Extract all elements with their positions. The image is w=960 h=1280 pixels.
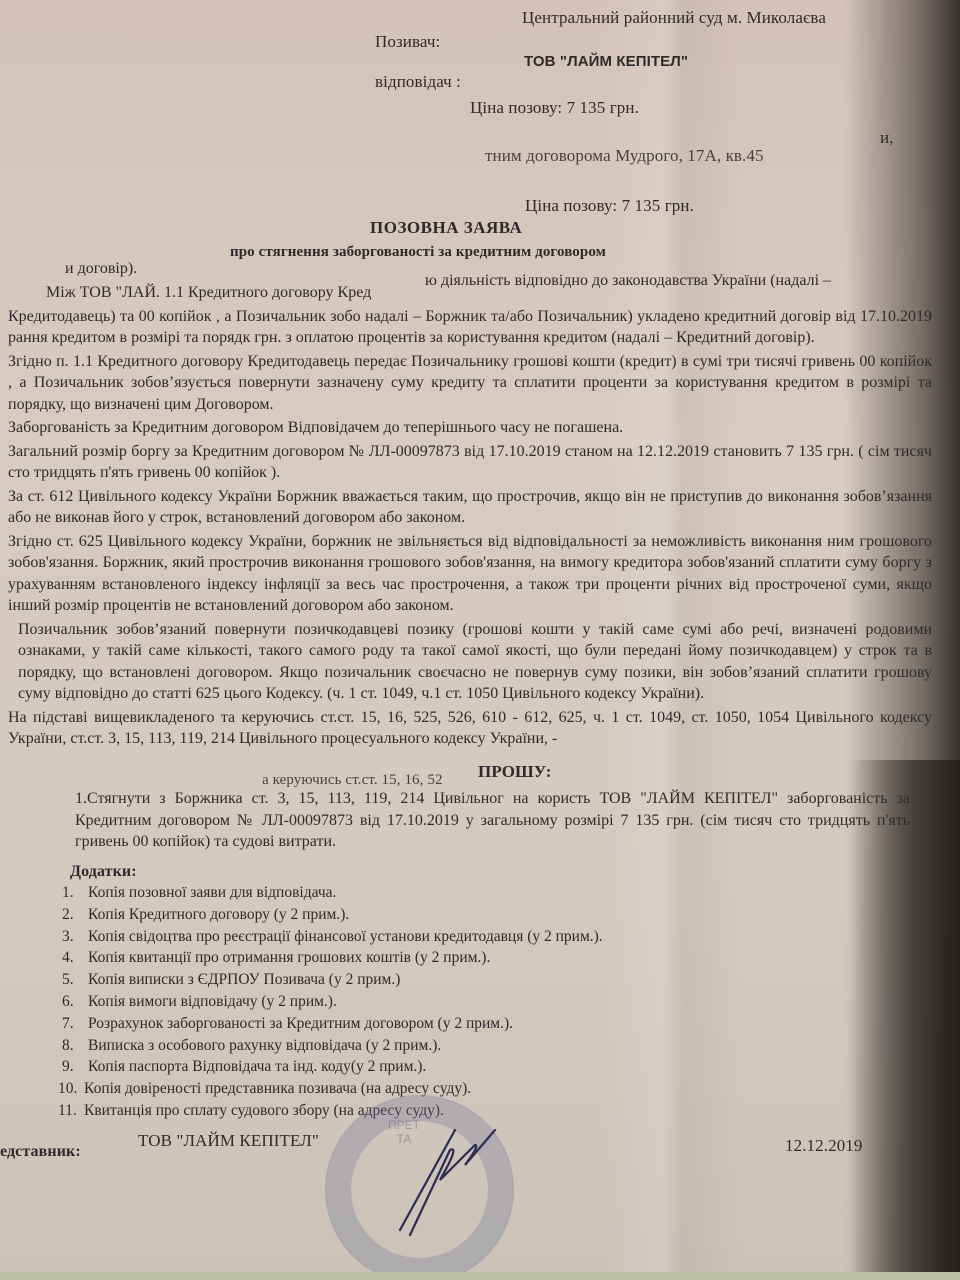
- attachment-item: 5.Копія виписки з ЄДРПОУ Позивача (у 2 п…: [62, 969, 603, 991]
- attachment-number: 4.: [62, 947, 88, 969]
- signature-icon: [380, 1110, 500, 1240]
- attachment-number: 8.: [62, 1035, 88, 1057]
- attachment-item: 1.Копія позовної заяви для відповідача.: [62, 882, 603, 904]
- attachment-number: 5.: [62, 969, 88, 991]
- representative-company: ТОВ "ЛАЙМ КЕПІТЕЛ": [138, 1131, 319, 1151]
- attachment-item: 4.Копія квитанції про отримання грошових…: [62, 947, 603, 969]
- attachment-number: 10.: [58, 1078, 84, 1100]
- attachment-text: Копія позовної заяви для відповідача.: [88, 884, 336, 901]
- court-name: Центральний районний суд м. Миколаєва: [522, 8, 826, 28]
- representative-label: едставник:: [0, 1142, 81, 1162]
- attachment-text: Копія квитанції про отримання грошових к…: [88, 949, 490, 966]
- attachment-number: 11.: [58, 1100, 84, 1122]
- paragraph: Загальний розмір боргу за Кредитним дого…: [8, 441, 932, 484]
- claim-price-repeat: Ціна позову: 7 135 грн.: [525, 196, 694, 216]
- signature-date: 12.12.2019: [785, 1136, 863, 1156]
- address-fragment: тним договоромa Мудрого, 17А, кв.45: [485, 146, 764, 166]
- plaintiff-label: Позивач:: [375, 32, 440, 52]
- attachment-text: Копія виписки з ЄДРПОУ Позивача (у 2 при…: [88, 971, 400, 988]
- document-subtitle: про стягнення заборгованості за кредитни…: [230, 242, 606, 262]
- attachment-number: 2.: [62, 904, 88, 926]
- attachment-item: 11.Квитанція про сплату судового збору (…: [58, 1100, 603, 1122]
- prayer-section: 1.Стягнути з Боржника ст. 3, 15, 113, 11…: [75, 788, 910, 853]
- attachment-item: 10.Копія довіреності представника позива…: [58, 1078, 603, 1100]
- paragraph: На підставі вищевикладеного та керуючись…: [8, 707, 932, 750]
- paragraph: За ст. 612 Цивільного кодексу України Бо…: [8, 486, 932, 529]
- attachment-text: Виписка з особового рахунку відповідача …: [88, 1037, 441, 1054]
- attachment-item: 7.Розрахунок заборгованості за Кредитним…: [62, 1013, 603, 1035]
- defendant-label: відповідач :: [375, 72, 461, 92]
- attachment-text: Копія вимоги відповідачу (у 2 прим.).: [88, 993, 337, 1010]
- attachment-item: 6.Копія вимоги відповідачу (у 2 прим.).: [62, 991, 603, 1013]
- attachment-number: 9.: [62, 1056, 88, 1078]
- attachments-list: 1.Копія позовної заяви для відповідача.2…: [60, 882, 603, 1122]
- ghost-text: а керуючись ст.ст. 15, 16, 52: [262, 770, 443, 790]
- attachment-number: 3.: [62, 926, 88, 948]
- paragraph: Позичальник зобов’язаний повернути позич…: [8, 619, 932, 705]
- attachments-title: Додатки:: [70, 862, 137, 882]
- paragraph: Кредитодавець) та 00 копійок , а Позичал…: [8, 306, 932, 349]
- claim-price: Ціна позову: 7 135 грн.: [470, 98, 639, 118]
- attachment-number: 6.: [62, 991, 88, 1013]
- attachment-item: 9.Копія паспорта Відповідача та інд. код…: [62, 1056, 603, 1078]
- paragraph: Згідно ст. 625 Цивільного кодексу Україн…: [8, 531, 932, 617]
- photo-bottom-edge: [0, 1272, 960, 1280]
- document-title: ПОЗОВНА ЗАЯВА: [370, 218, 522, 238]
- prayer-item: 1.Стягнути з Боржника ст. 3, 15, 113, 11…: [75, 788, 910, 853]
- document-body: Між ТОВ "ЛАЙ. 1.1 Кредитного договору Кр…: [8, 282, 932, 752]
- attachment-text: Розрахунок заборгованості за Кредитним д…: [88, 1015, 513, 1032]
- paragraph: Згідно п. 1.1 Кредитного договору Кредит…: [8, 351, 932, 416]
- blurred-fragment: и,: [880, 128, 894, 148]
- paragraph: Між ТОВ "ЛАЙ. 1.1 Кредитного договору Кр…: [8, 282, 932, 304]
- plaintiff-value: ТОВ "ЛАЙМ КЕПІТЕЛ": [524, 52, 688, 72]
- attachment-number: 7.: [62, 1013, 88, 1035]
- paragraph: Заборгованість за Кредитним договором Ві…: [8, 417, 932, 439]
- attachment-item: 8.Виписка з особового рахунку відповідач…: [62, 1035, 603, 1057]
- attachment-item: 2.Копія Кредитного договору (у 2 прим.).: [62, 904, 603, 926]
- attachment-text: Копія Кредитного договору (у 2 прим.).: [88, 906, 349, 923]
- attachment-number: 1.: [62, 882, 88, 904]
- attachment-text: Копія паспорта Відповідача та інд. коду(…: [88, 1058, 426, 1075]
- prayer-title: ПРОШУ:: [478, 762, 552, 782]
- attachment-item: 3.Копія свідоцтва про реєстрації фінансо…: [62, 926, 603, 948]
- overlap-fragment: и договір).: [65, 258, 137, 280]
- attachment-text: Копія свідоцтва про реєстрації фінансово…: [88, 928, 603, 945]
